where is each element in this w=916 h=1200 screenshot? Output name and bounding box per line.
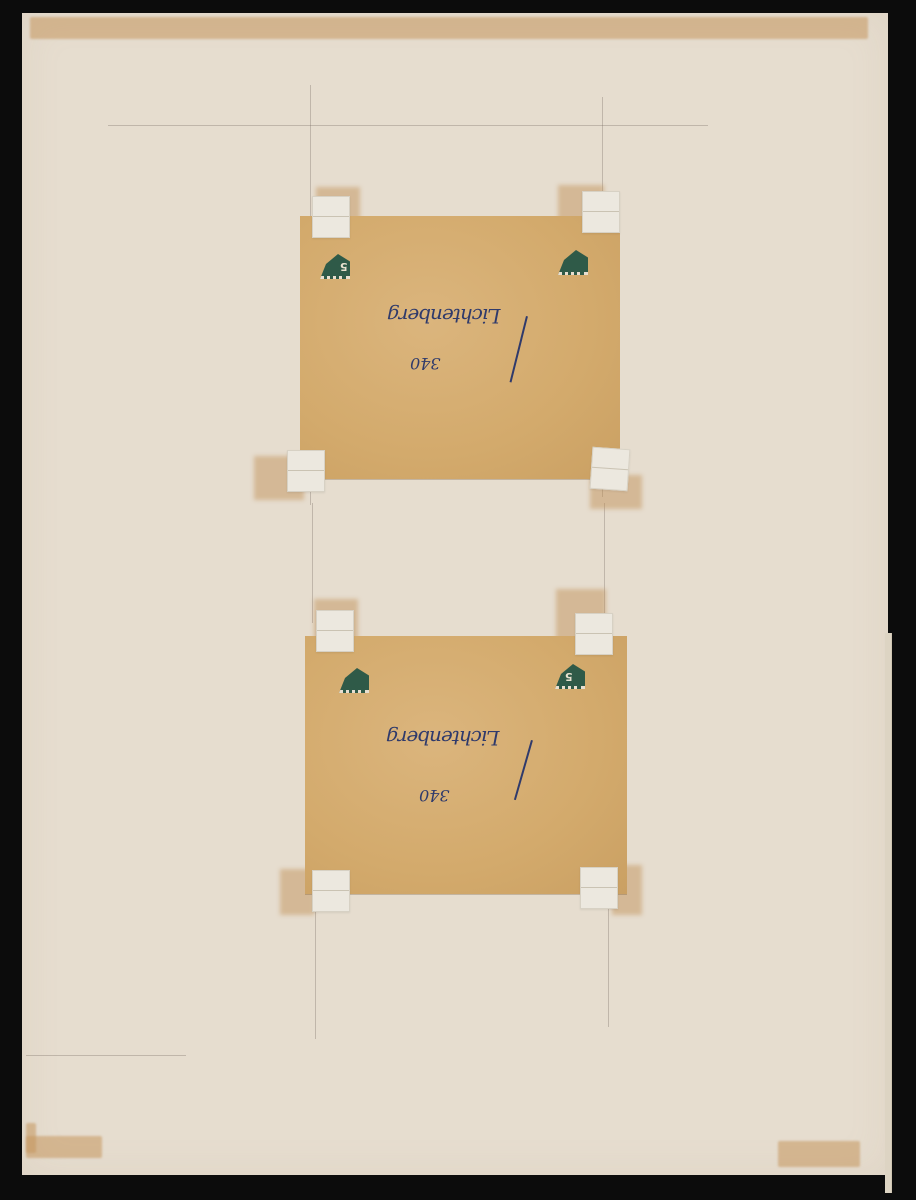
pencil-guide-left-mid <box>312 503 313 623</box>
handwritten-number: 340 <box>419 786 450 805</box>
hinge-tape-bottom-right <box>590 447 631 492</box>
stamp-fragment-left <box>339 668 369 693</box>
mounted-card-bottom: 5 Lichtenberg 340 <box>305 636 627 894</box>
pencil-guide-bottom <box>26 1055 186 1056</box>
mounted-card-top: 5 Lichtenberg 340 <box>300 216 620 479</box>
top-glue-stain <box>30 17 868 39</box>
handwritten-signature: Lichtenberg <box>387 726 500 750</box>
stamp-fragment-right <box>558 250 588 275</box>
hinge-tape-top-left <box>312 196 350 238</box>
signature-flourish <box>514 740 533 800</box>
hinge-tape-bottom-left <box>287 450 325 492</box>
bottom-left-glue-stain <box>26 1136 102 1158</box>
pencil-guide-top <box>108 125 708 126</box>
stamp-digit: 5 <box>565 670 573 683</box>
hinge-tape-bottom-left <box>312 870 350 912</box>
pencil-guide-right-bottom <box>608 903 609 1027</box>
sheet-right-edge <box>885 633 892 1193</box>
album-page: 5 Lichtenberg 340 5 Lichtenberg 340 <box>22 13 888 1175</box>
handwritten-signature: Lichtenberg <box>388 304 501 328</box>
hinge-tape-bottom-right <box>580 867 618 909</box>
hinge-tape-top-right <box>575 613 613 655</box>
pencil-guide-left-bottom <box>315 903 316 1039</box>
handwritten-number: 340 <box>410 354 441 373</box>
hinge-tape-top-right <box>582 191 620 233</box>
bottom-right-glue-stain <box>778 1141 860 1167</box>
stamp-digit: 5 <box>340 260 348 273</box>
signature-flourish <box>510 316 528 382</box>
bottom-left-glue-stain-vertical <box>26 1123 36 1153</box>
hinge-tape-top-left <box>316 610 354 652</box>
